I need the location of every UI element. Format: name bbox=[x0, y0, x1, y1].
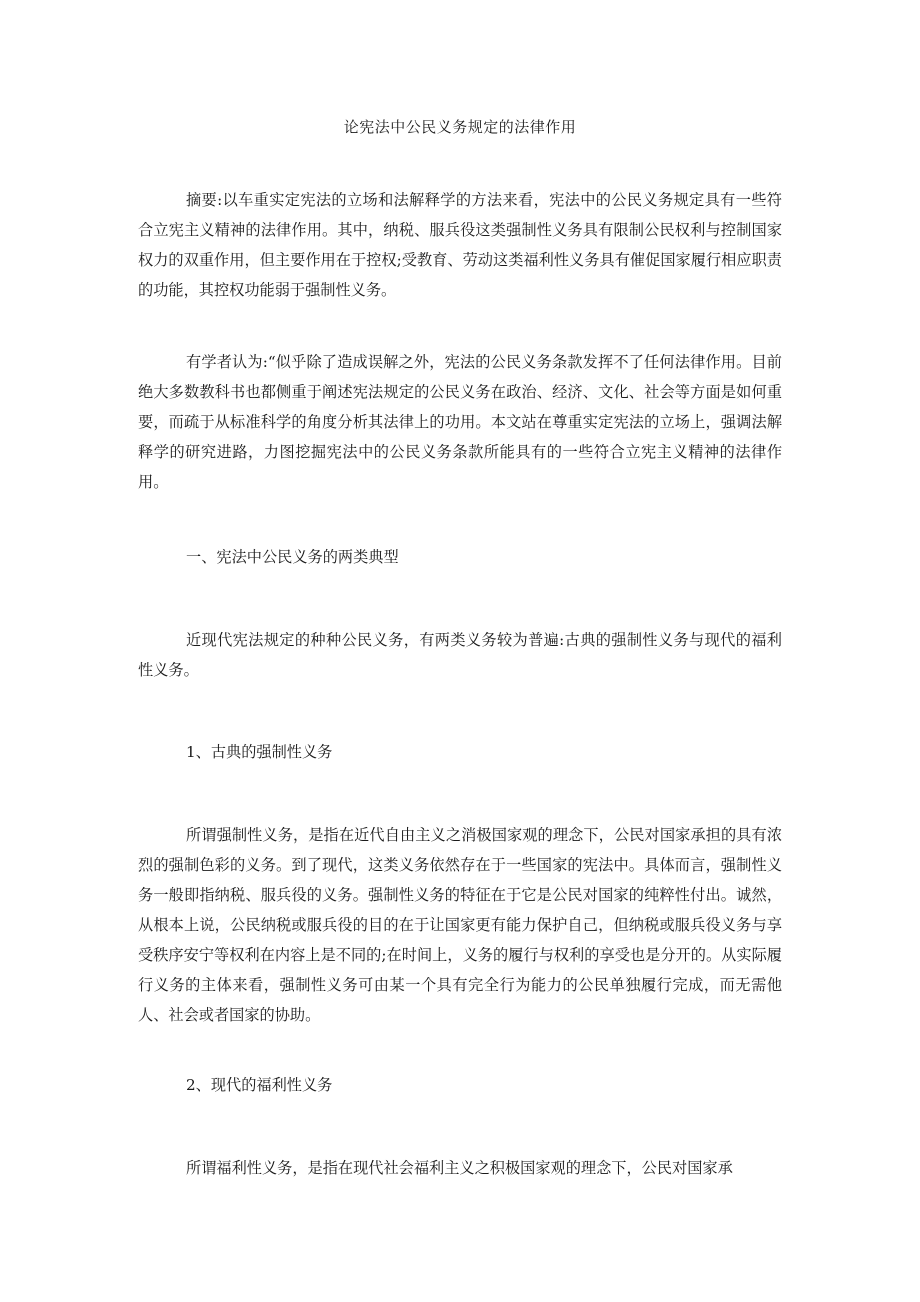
intro-paragraph: 有学者认为:“似乎除了造成误解之外，宪法的公民义务条款发挥不了任何法律作用。目前… bbox=[138, 347, 782, 497]
subsection1-paragraph: 所谓强制性义务，是指在近代自由主义之消极国家观的理念下，公民对国家承担的具有浓烈… bbox=[138, 820, 782, 1030]
subsection-heading-1: 1、古典的强制性义务 bbox=[186, 737, 332, 767]
abstract-paragraph: 摘要:以车重实定宪法的立场和法解释学的方法来看，宪法中的公民义务规定具有一些符合… bbox=[138, 185, 782, 305]
subsection2-paragraph: 所谓福利性义务，是指在现代社会福利主义之积极国家观的理念下，公民对国家承 bbox=[138, 1153, 782, 1183]
section-heading-1: 一、宪法中公民义务的两类典型 bbox=[186, 542, 399, 572]
subsection-heading-2: 2、现代的福利性义务 bbox=[186, 1070, 332, 1100]
section1-paragraph: 近现代宪法规定的种种公民义务，有两类义务较为普遍:古典的强制性义务与现代的福利性… bbox=[138, 625, 782, 685]
document-title: 论宪法中公民义务规定的法律作用 bbox=[138, 116, 782, 138]
